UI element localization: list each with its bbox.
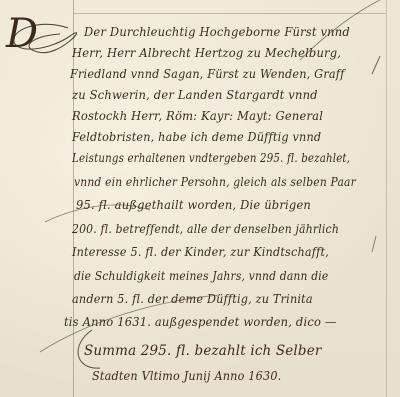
summa-line: Summa 295. fl. bezahlt ich Selber	[84, 343, 321, 359]
initial-capital: D	[6, 14, 38, 54]
text-line: vnnd ein ehrlicher Persohn, gleich als s…	[74, 174, 356, 189]
text-line: andern 5. fl. der deme Düfftig, zu Trini…	[72, 291, 313, 306]
text-line: die Schuldigkeit meines Jahrs, vnnd dann…	[74, 268, 328, 283]
text-line: Leistungs erhaltenen vndtergeben 295. fl…	[72, 150, 350, 165]
text-line: Rostockh Herr, Röm: Kayr: Mayt: General	[72, 108, 323, 123]
text-line: 95. fl. außgethailt worden, Die übrigen	[76, 197, 311, 212]
right-margin-rule	[386, 0, 387, 397]
top-rule	[73, 13, 386, 14]
text-line: Friedland vnnd Sagan, Fürst zu Wenden, G…	[70, 66, 345, 81]
text-line: 200. fl. betreffendt, alle der denselben…	[72, 221, 339, 236]
text-line: Herr, Herr Albrecht Hertzog zu Mechelbur…	[72, 45, 341, 60]
date-line: Stadten Vltimo Junij Anno 1630.	[92, 368, 281, 383]
text-line: Feldtobristen, habe ich deme Düfftig vnn…	[72, 129, 321, 144]
text-line: zu Schwerin, der Landen Stargardt vnnd	[72, 87, 318, 102]
text-line: tis Anno 1631. außgespendet worden, dico…	[64, 314, 337, 329]
text-line: Der Durchleuchtig Hochgeborne Fürst vnnd	[84, 24, 350, 39]
manuscript-page: D Der Durchleuchtig Hochgeborne Fürst vn…	[0, 0, 400, 397]
text-line: Interesse 5. fl. der Kinder, zur Kindtsc…	[72, 244, 329, 259]
